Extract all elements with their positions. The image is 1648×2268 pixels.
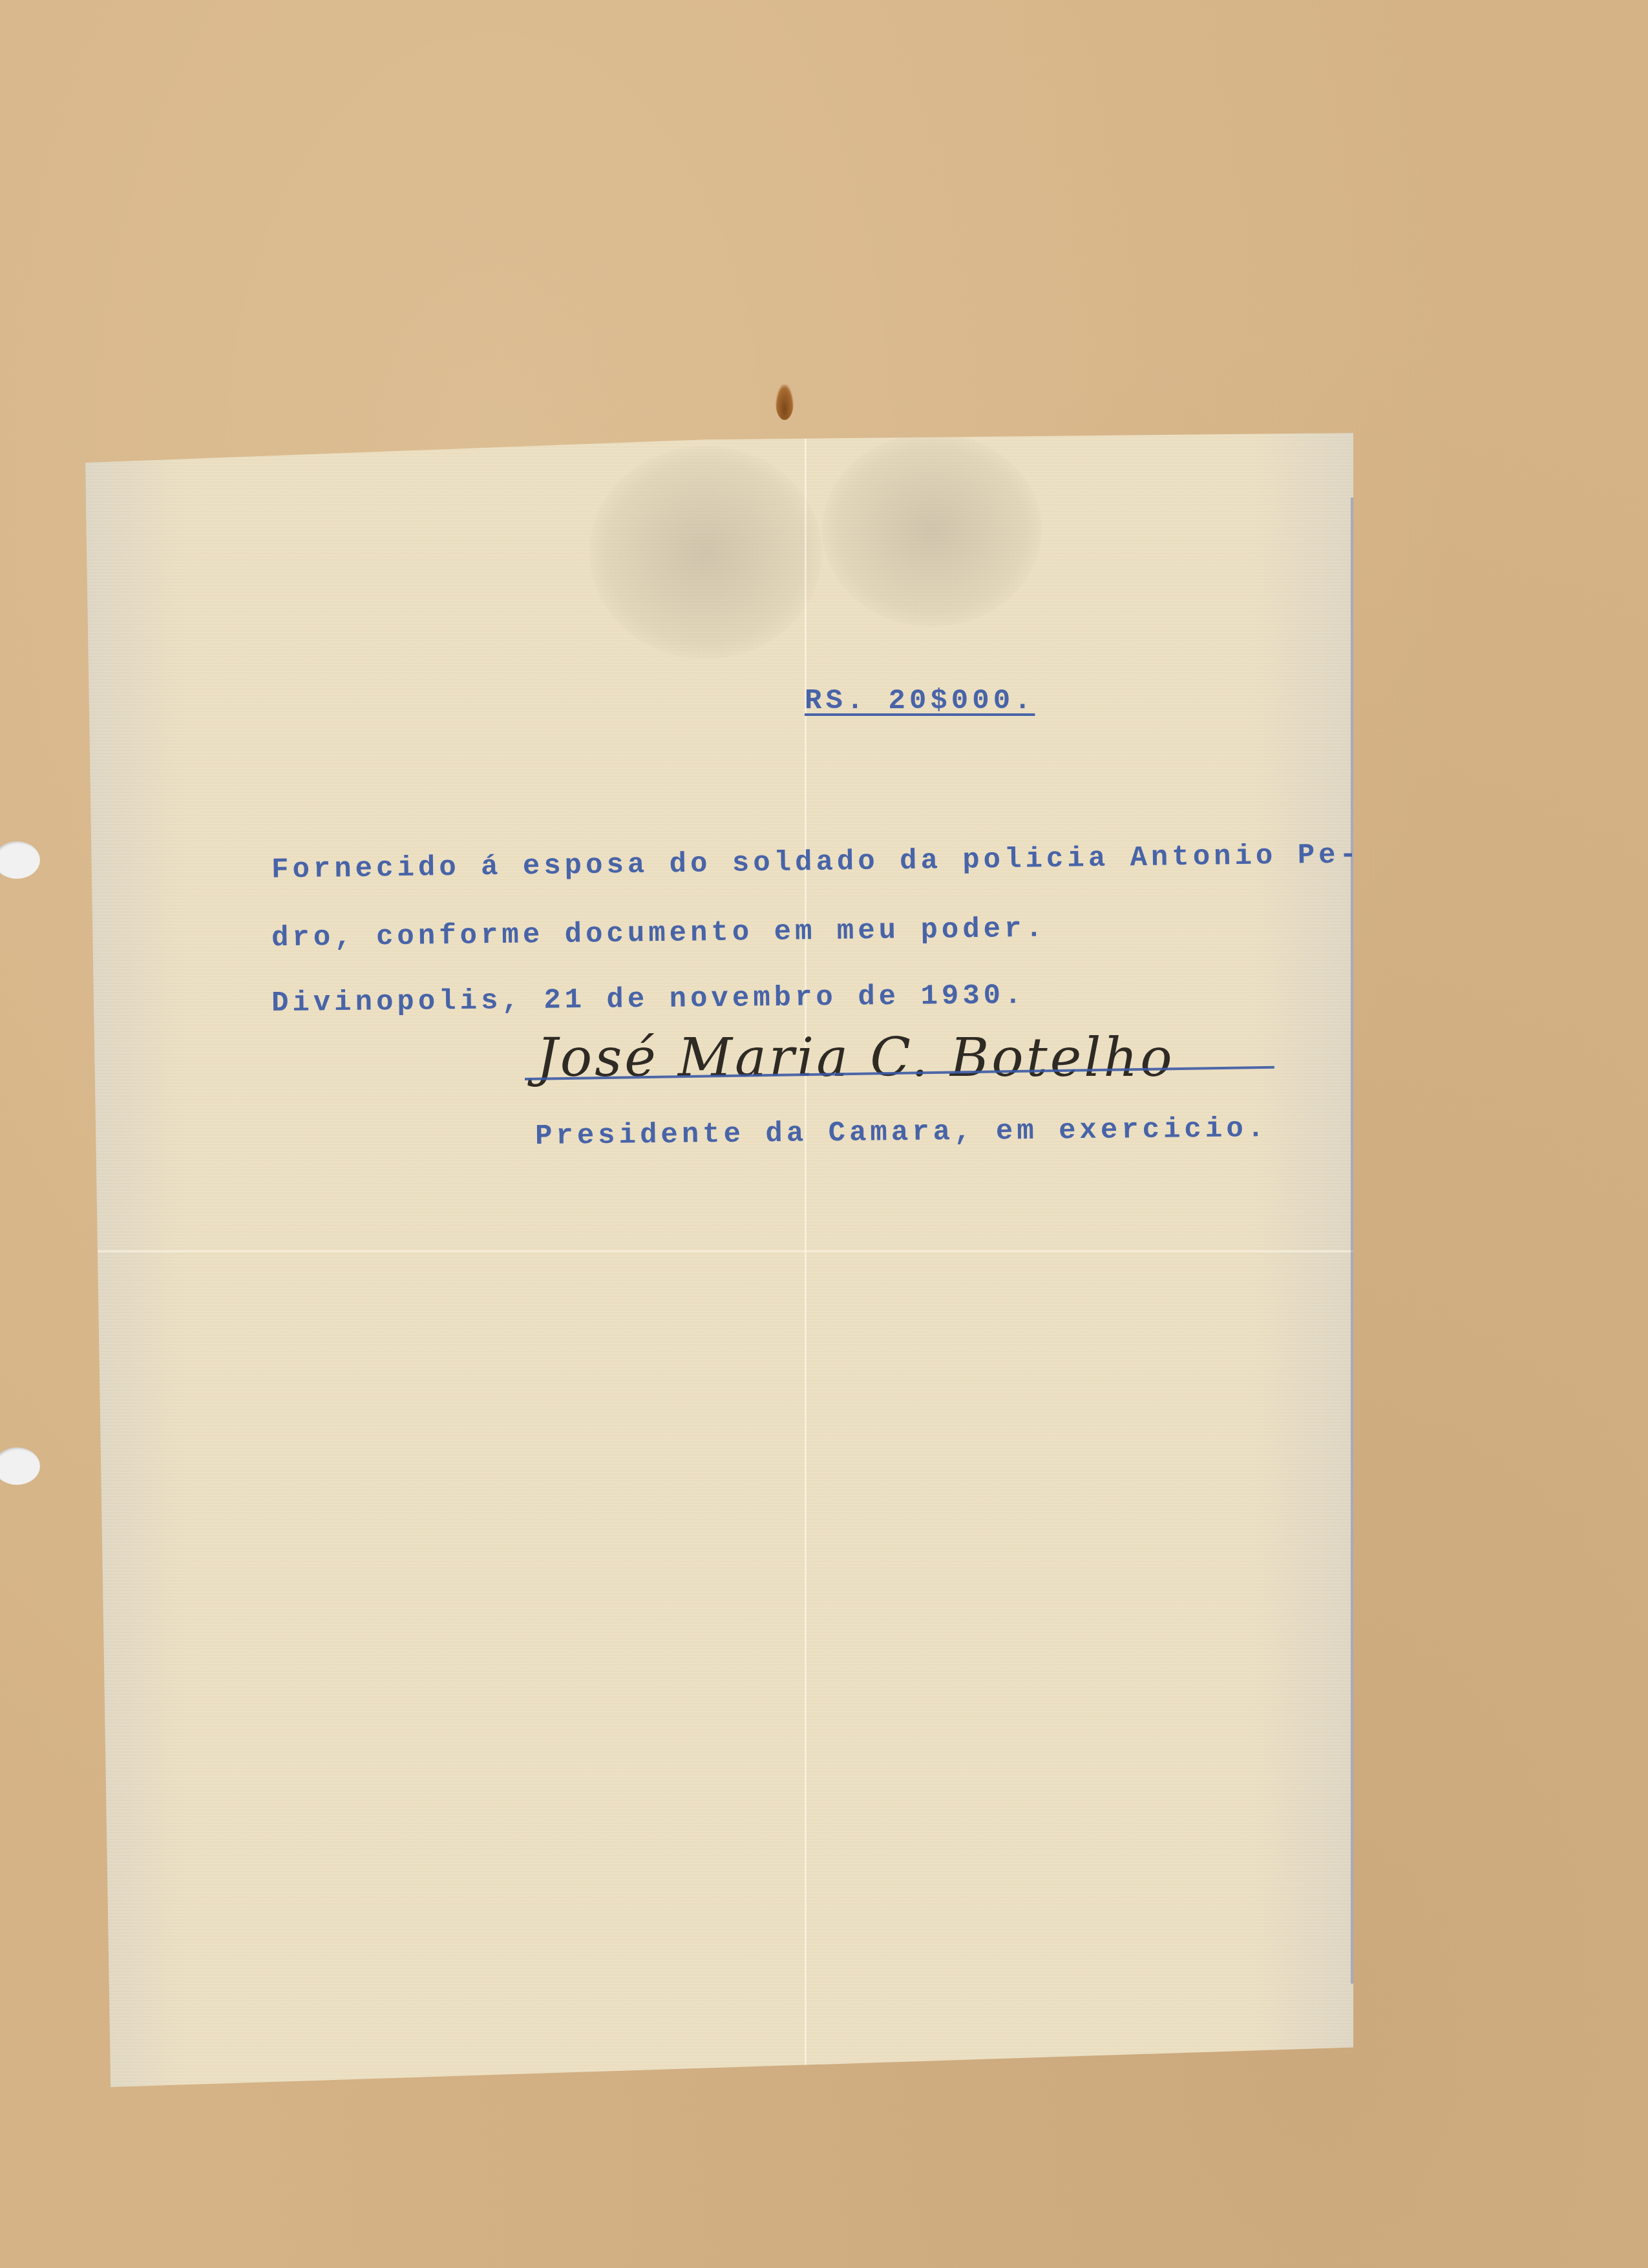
horizontal-fold xyxy=(85,1250,1353,1252)
water-stain-right xyxy=(822,433,1042,627)
punch-hole-top xyxy=(0,841,40,879)
amount: RS. 20$000. xyxy=(805,685,1035,717)
water-stain-left xyxy=(589,446,822,659)
document-sheet xyxy=(85,433,1353,2087)
vertical-fold xyxy=(805,433,807,2087)
punch-hole-bottom xyxy=(0,1447,40,1485)
edge-ink-mark xyxy=(1351,498,1353,1984)
rust-stain xyxy=(776,384,794,420)
handwritten-signature: José Maria C. Botelho xyxy=(536,1027,1175,1089)
